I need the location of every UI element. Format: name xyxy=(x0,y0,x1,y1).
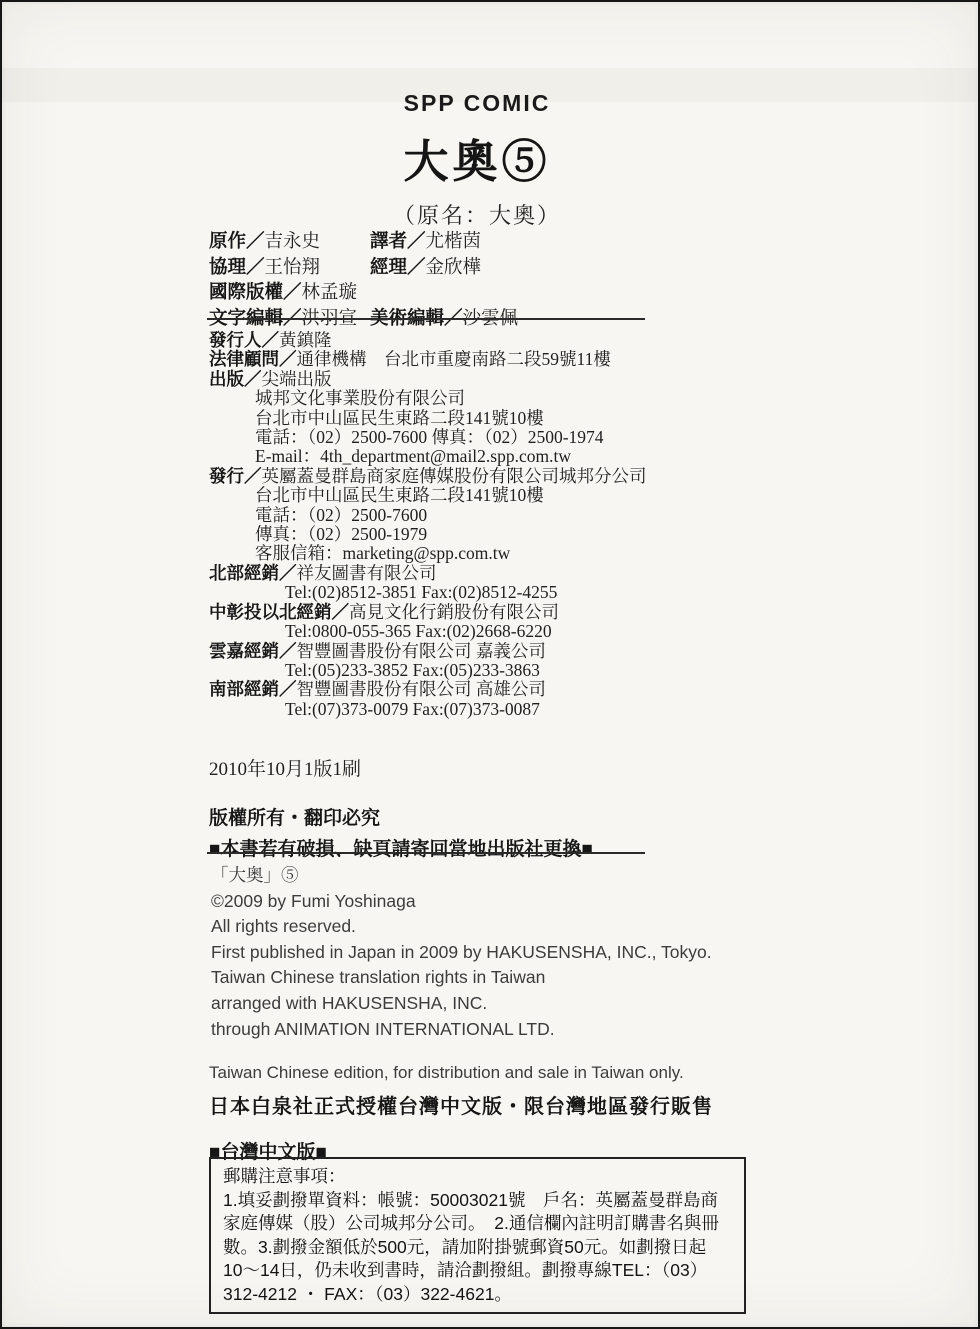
info-value: 電話：（02）2500-7600 xyxy=(255,505,427,525)
info-value: 電話：（02）2500-7600 傳真：（02）2500-1974 xyxy=(255,427,604,447)
credit-person-name: 尤楷茵 xyxy=(426,232,482,252)
distributor-line: 中彰投以北經銷／高見文化行銷股份有限公司 xyxy=(209,603,769,622)
taiwan-edition-chinese: 日本白泉社正式授權台灣中文版・限台灣地區發行販售 xyxy=(209,1090,769,1119)
info-value: Tel:(02)8512-3851 Fax:(02)8512-4255 xyxy=(285,582,557,602)
credit-entry: 國際版權／林孟璇 xyxy=(209,280,370,306)
credit-row: 原作／吉永史 譯者／尤楷茵 xyxy=(209,229,749,255)
info-label: 發行／ xyxy=(209,466,262,486)
distributor-phone-line: Tel:(02)8512-3851 Fax:(02)8512-4255 xyxy=(209,583,769,602)
mail-order-line: 1.填妥劃撥單資料：帳號：50003021號 戶名：英屬蓋曼群島商 xyxy=(223,1189,732,1213)
mail-order-line: 家庭傳媒（股）公司城邦分公司。 2.通信欄內註明訂購書名與冊 xyxy=(223,1212,732,1236)
publisher-line: 電話：（02）2500-7600 xyxy=(209,506,769,525)
info-value: Tel:(07)373-0079 Fax:(07)373-0087 xyxy=(285,699,540,719)
publisher-line: 發行人／黃鎮隆 xyxy=(209,331,769,350)
credit-row: 協理／王怡翔 經理／金欣樺 xyxy=(209,255,749,281)
info-value: Tel:0800-055-365 Fax:(02)2668-6220 xyxy=(285,621,552,641)
publisher-line: 傳真：（02）2500-1979 xyxy=(209,525,769,544)
info-value: 傳真：（02）2500-1979 xyxy=(255,524,427,544)
edition-notice: 2010年10月1版1刷 版權所有・翻印必究 ■本書若有破損、缺頁請寄回當地出版… xyxy=(209,754,769,861)
mail-order-line: 郵購注意事項： xyxy=(223,1165,732,1189)
publisher-line: E-mail：4th_department@mail2.spp.com.tw xyxy=(209,447,769,466)
info-label: 發行人／ xyxy=(209,330,279,350)
rights-line: arranged with HAKUSENSHA, INC. xyxy=(211,991,771,1017)
print-date: 2010年10月1版1刷 xyxy=(209,754,769,781)
info-value: 尖端出版 xyxy=(262,369,332,389)
credit-role-label: 國際版權／ xyxy=(209,281,302,302)
publisher-line: 台北市中山區民生東路二段141號10樓 xyxy=(209,409,769,428)
taiwan-edition-notice: Taiwan Chinese edition, for distribution… xyxy=(209,1063,769,1164)
publisher-line: 發行／英屬蓋曼群島商家庭傳媒股份有限公司城邦分公司 xyxy=(209,467,769,486)
imprint-name: SPP COMIC xyxy=(207,90,747,117)
rights-line: First published in Japan in 2009 by HAKU… xyxy=(211,940,771,966)
credit-role-label: 文字編輯／ xyxy=(209,307,302,328)
section-divider xyxy=(207,318,645,320)
info-value: 客服信箱：marketing@spp.com.tw xyxy=(255,543,510,563)
taiwan-edition-english: Taiwan Chinese edition, for distribution… xyxy=(209,1063,769,1083)
rights-line: Taiwan Chinese translation rights in Tai… xyxy=(211,965,771,991)
book-title: 大奧⑤ xyxy=(207,125,747,190)
credit-role-label: 經理／ xyxy=(370,256,426,277)
credit-person-name: 王怡翔 xyxy=(265,258,321,278)
copyright-notice: 版權所有・翻印必究 xyxy=(209,803,769,830)
info-value: 祥友圖書有限公司 xyxy=(297,563,437,583)
info-value: 英屬蓋曼群島商家庭傳媒股份有限公司城邦分公司 xyxy=(262,466,647,486)
credit-person-name: 金欣樺 xyxy=(426,258,482,278)
publisher-line: 城邦文化事業股份有限公司 xyxy=(209,389,769,408)
rights-line: ©2009 by Fumi Yoshinaga xyxy=(211,889,771,915)
info-value: 通律機構 台北市重慶南路二段59號11樓 xyxy=(297,349,611,369)
info-value: E-mail：4th_department@mail2.spp.com.tw xyxy=(255,446,571,466)
section-divider xyxy=(207,852,645,854)
mail-order-line: 312-4212 ・ FAX：（03）322-4621。 xyxy=(223,1283,732,1307)
distributor-phone-line: Tel:0800-055-365 Fax:(02)2668-6220 xyxy=(209,622,769,641)
publisher-line: 出版／尖端出版 xyxy=(209,370,769,389)
info-value: 黃鎮隆 xyxy=(279,330,332,350)
credit-entry: 譯者／尤楷茵 xyxy=(370,229,481,255)
info-value: 台北市中山區民生東路二段141號10樓 xyxy=(255,485,544,505)
distributor-phone-line: Tel:(07)373-0079 Fax:(07)373-0087 xyxy=(209,700,769,719)
credit-entry: 原作／吉永史 xyxy=(209,229,370,255)
distributor-line: 北部經銷／祥友圖書有限公司 xyxy=(209,564,769,583)
info-label: 出版／ xyxy=(209,369,262,389)
credit-person-name: 林孟璇 xyxy=(302,283,358,303)
publisher-line: 客服信箱：marketing@spp.com.tw xyxy=(209,544,769,563)
credit-person-name: 吉永史 xyxy=(265,232,321,252)
publisher-info: 發行人／黃鎮隆 法律顧問／通律機構 台北市重慶南路二段59號11樓 出版／尖端出… xyxy=(209,331,769,719)
info-value: 智豐圖書股份有限公司 高雄公司 xyxy=(297,679,546,699)
info-value: 高見文化行銷股份有限公司 xyxy=(349,602,559,622)
rights-line: 「大奥」⑤ xyxy=(211,863,771,889)
book-title-block: SPP COMIC 大奧⑤ （原名：大奧） xyxy=(207,90,747,230)
staff-credits: 原作／吉永史 譯者／尤楷茵 協理／王怡翔 經理／金欣樺 國際版權／林孟璇 文字編… xyxy=(209,229,749,331)
credit-role-label: 美術編輯／ xyxy=(370,307,463,328)
credit-entry: 經理／金欣樺 xyxy=(370,255,481,281)
damage-replacement-notice: ■本書若有破損、缺頁請寄回當地出版社更換■ xyxy=(209,834,769,861)
publisher-line: 台北市中山區民生東路二段141號10樓 xyxy=(209,486,769,505)
publisher-line: 法律顧問／通律機構 台北市重慶南路二段59號11樓 xyxy=(209,350,769,369)
rights-line: All rights reserved. xyxy=(211,914,771,940)
mail-order-box: 郵購注意事項： 1.填妥劃撥單資料：帳號：50003021號 戶名：英屬蓋曼群島… xyxy=(209,1157,746,1314)
info-label: 雲嘉經銷／ xyxy=(209,641,297,661)
info-label: 中彰投以北經銷／ xyxy=(209,602,349,622)
credit-entry: 協理／王怡翔 xyxy=(209,255,370,281)
distributor-phone-line: Tel:(05)233-3852 Fax:(05)233-3863 xyxy=(209,661,769,680)
rights-line: through ANIMATION INTERNATIONAL LTD. xyxy=(211,1017,771,1043)
info-value: 台北市中山區民生東路二段141號10樓 xyxy=(255,408,544,428)
info-label: 法律顧問／ xyxy=(209,349,297,369)
mail-order-line: 數。3.劃撥金額低於500元，請加附掛號郵資50元。如劃撥日起 xyxy=(223,1236,732,1260)
publisher-line: 電話：（02）2500-7600 傳真：（02）2500-1974 xyxy=(209,428,769,447)
info-label: 北部經銷／ xyxy=(209,563,297,583)
info-value: 城邦文化事業股份有限公司 xyxy=(255,388,465,408)
credit-row: 國際版權／林孟璇 xyxy=(209,280,749,306)
original-title-note: （原名：大奧） xyxy=(207,199,747,230)
info-label: 南部經銷／ xyxy=(209,679,297,699)
colophon-page: SPP COMIC 大奧⑤ （原名：大奧） 原作／吉永史 譯者／尤楷茵 協理／王… xyxy=(0,0,980,1329)
credit-role-label: 譯者／ xyxy=(370,230,426,251)
rights-statement: 「大奥」⑤ ©2009 by Fumi Yoshinaga All rights… xyxy=(211,863,771,1042)
credit-role-label: 協理／ xyxy=(209,256,265,277)
info-value: 智豐圖書股份有限公司 嘉義公司 xyxy=(297,641,546,661)
info-value: Tel:(05)233-3852 Fax:(05)233-3863 xyxy=(285,660,540,680)
mail-order-line: 10～14日，仍未收到書時，請洽劃撥組。劃撥專線TEL：（03） xyxy=(223,1259,732,1283)
distributor-line: 雲嘉經銷／智豐圖書股份有限公司 嘉義公司 xyxy=(209,642,769,661)
credit-role-label: 原作／ xyxy=(209,230,265,251)
distributor-line: 南部經銷／智豐圖書股份有限公司 高雄公司 xyxy=(209,680,769,699)
